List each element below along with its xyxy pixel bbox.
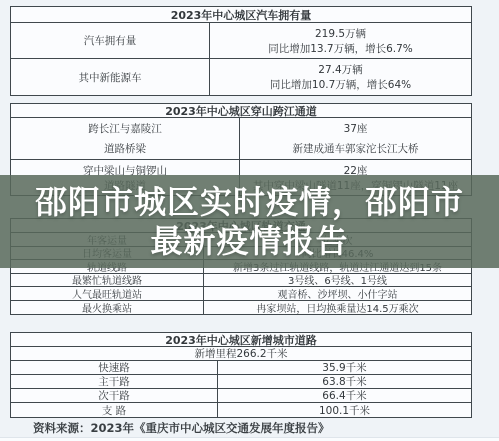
table-car-ownership-title: 2023年中心城区汽车拥有量 xyxy=(11,7,471,23)
row-label: 其中新能源车 xyxy=(11,59,210,95)
row-label: 最繁忙轨道线路 xyxy=(11,274,204,287)
bottom-strip xyxy=(0,437,499,441)
row-value: 35.9千米 xyxy=(218,361,471,374)
table-row: 汽车拥有量 219.5万辆 同比增加13.7万辆，增长6.7% xyxy=(11,23,471,59)
data-source-note: 资料来源：2023年《重庆市中心城区交通发展年度报告》 xyxy=(33,420,330,436)
row-value: 219.5万辆 同比增加13.7万辆，增长6.7% xyxy=(210,23,471,58)
table-new-roads-subtitle: 新增里程266.2千米 xyxy=(11,347,471,361)
table-row: 跨长江与嘉陵江 道路桥梁 37座 新建成通车郭家沱长江大桥 xyxy=(11,118,471,160)
headline-banner: 邵阳市城区实时疫情，邵阳市 最新疫情报告 xyxy=(0,175,499,268)
table-row: 最火换乘站 冉家坝站，日均换乘量达14.5万乘次 xyxy=(11,301,471,315)
row-label: 快速路 xyxy=(11,361,218,374)
label-line2: 道路桥梁 xyxy=(104,141,146,156)
row-value: 37座 新建成通车郭家沱长江大桥 xyxy=(240,118,471,159)
value-main: 37座 xyxy=(344,121,368,136)
table-new-roads: 2023年中心城区新增城市道路 新增里程266.2千米 快速路 35.9千米 主… xyxy=(10,332,472,418)
row-value: 3号线、6号线、1号线 xyxy=(204,274,471,287)
infographic-page: 2023年中心城区汽车拥有量 汽车拥有量 219.5万辆 同比增加13.7万辆，… xyxy=(0,0,499,441)
value-comparison: 同比增加13.7万辆，增长6.7% xyxy=(268,41,413,56)
table-row: 快速路 35.9千米 xyxy=(11,361,471,375)
headline-line2: 最新疫情报告 xyxy=(150,222,348,261)
table-row: 主干路 63.8千米 xyxy=(11,375,471,389)
table-river-channels-title: 2023年中心城区穿山跨江通道 xyxy=(11,104,471,118)
row-label: 次干路 xyxy=(11,389,218,402)
row-value: 66.4千米 xyxy=(218,389,471,402)
table-row: 人气最旺轨道站 观音桥、沙坪坝、小什字站 xyxy=(11,287,471,301)
row-value: 冉家坝站，日均换乘量达14.5万乘次 xyxy=(204,301,471,315)
headline-line1: 邵阳市城区实时疫情，邵阳市 xyxy=(35,183,464,222)
table-row: 次干路 66.4千米 xyxy=(11,389,471,403)
row-label: 人气最旺轨道站 xyxy=(11,287,204,300)
table-row: 最繁忙轨道线路 3号线、6号线、1号线 xyxy=(11,274,471,288)
row-label: 支 路 xyxy=(11,403,218,417)
row-value: 100.1千米 xyxy=(218,403,471,417)
label-line1: 跨长江与嘉陵江 xyxy=(88,121,162,136)
row-label: 主干路 xyxy=(11,375,218,388)
table-new-roads-title: 2023年中心城区新增城市道路 xyxy=(11,333,471,347)
row-label: 跨长江与嘉陵江 道路桥梁 xyxy=(11,118,240,159)
value-main: 27.4万辆 xyxy=(318,62,362,77)
row-label: 汽车拥有量 xyxy=(11,23,210,58)
row-value: 63.8千米 xyxy=(218,375,471,388)
row-value: 观音桥、沙坪坝、小什字站 xyxy=(204,287,471,300)
table-row: 支 路 100.1千米 xyxy=(11,403,471,417)
row-label: 最火换乘站 xyxy=(11,301,204,315)
table-row: 其中新能源车 27.4万辆 同比增加10.7万辆，增长64% xyxy=(11,59,471,95)
value-comparison: 同比增加10.7万辆，增长64% xyxy=(270,77,411,92)
value-main: 219.5万辆 xyxy=(315,26,366,41)
value-detail: 新建成通车郭家沱长江大桥 xyxy=(293,141,419,156)
row-value: 27.4万辆 同比增加10.7万辆，增长64% xyxy=(210,59,471,95)
table-car-ownership: 2023年中心城区汽车拥有量 汽车拥有量 219.5万辆 同比增加13.7万辆，… xyxy=(10,6,472,96)
